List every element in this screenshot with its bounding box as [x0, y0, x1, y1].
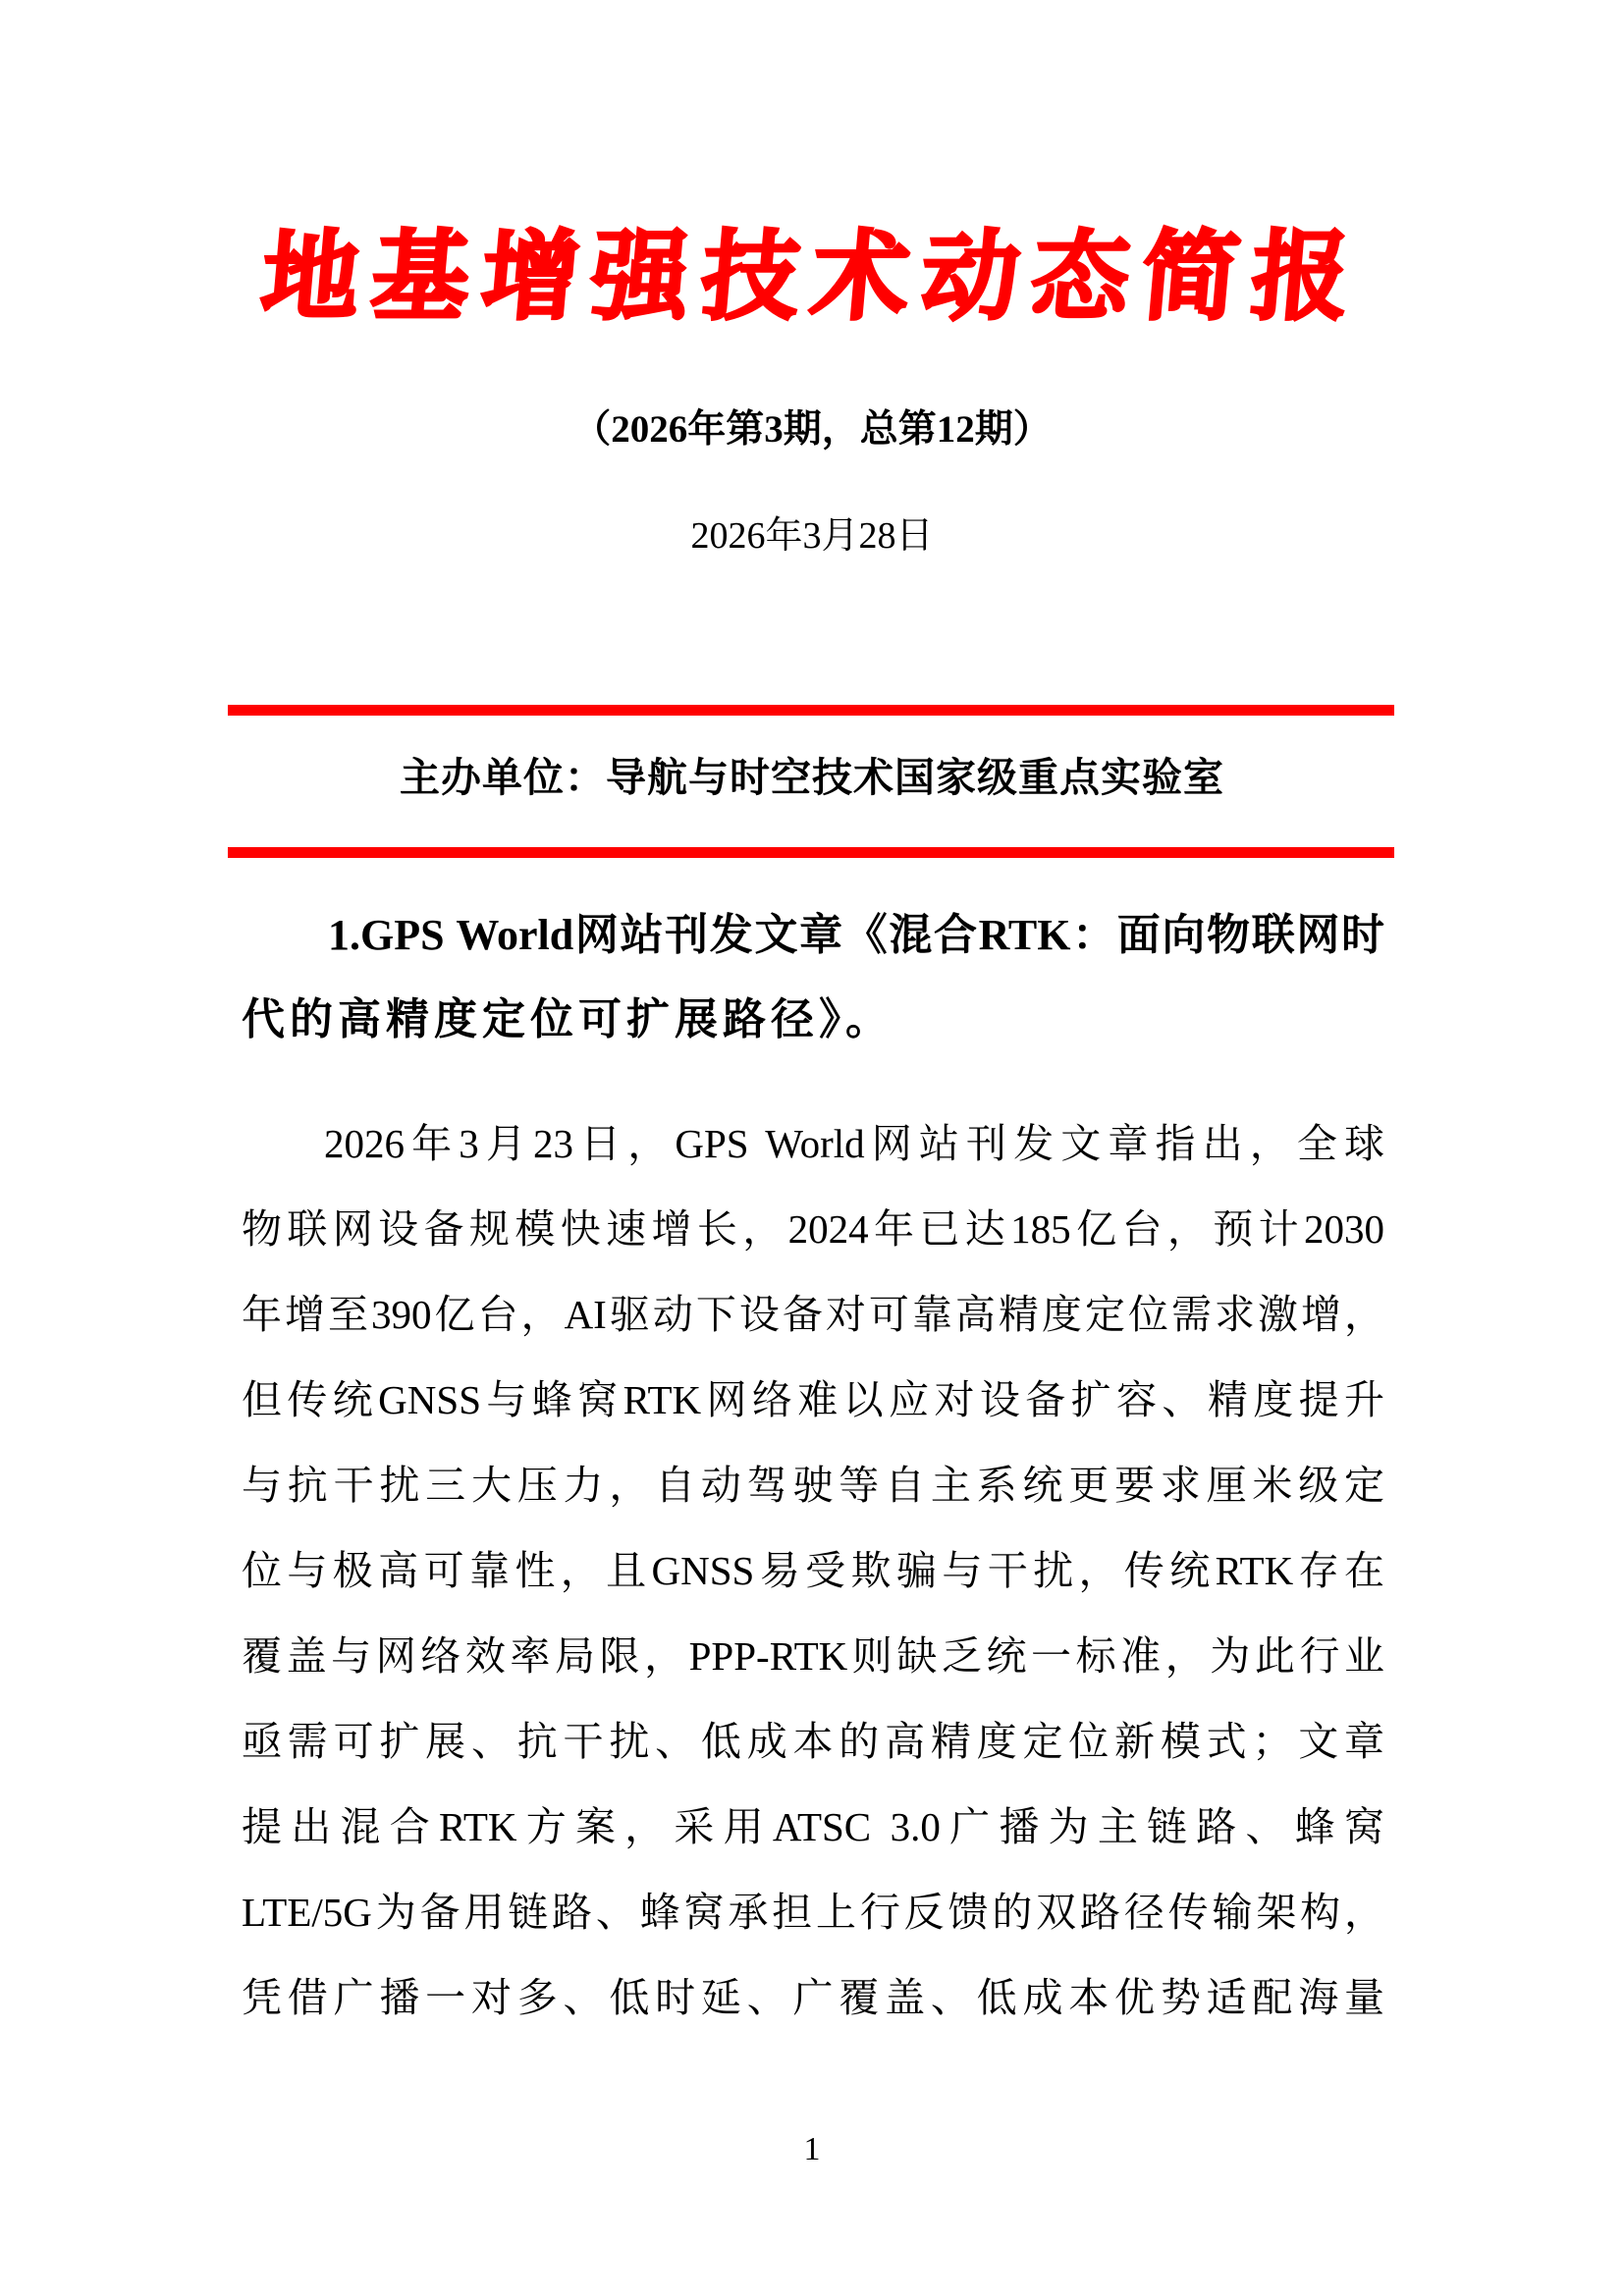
- body-line: 亟需可扩展、抗干扰、低成本的高精度定位新模式；文章: [242, 1699, 1384, 1785]
- body-line: 覆盖与网络效率局限，PPP-RTK则缺乏统一标准，为此行业: [242, 1614, 1384, 1699]
- page-number: 1: [0, 2130, 1624, 2169]
- body-line: 但传统GNSS与蜂窝RTK网络难以应对设备扩容、精度提升: [242, 1358, 1384, 1443]
- red-divider-top: [228, 705, 1394, 716]
- body-line: 2026年3月23日，GPS World网站刊发文章指出，全球: [242, 1101, 1384, 1187]
- body-line: LTE/5G为备用链路、蜂窝承担上行反馈的双路径传输架构，: [242, 1870, 1384, 1955]
- document-title-text: 地基增强技术动态简报: [257, 224, 1366, 330]
- document-page: 地基增强技术动态简报 （2026年第3期，总第12期） 2026年3月28日 主…: [0, 0, 1624, 2296]
- body-line: 位与极高可靠性，且GNSS易受欺骗与干扰，传统RTK存在: [242, 1528, 1384, 1614]
- article-heading-line-1: 1.GPS World网站刊发文章《混合RTK：面向物联网时: [242, 893, 1384, 978]
- organizer-line: 主办单位：导航与时空技术国家级重点实验室: [0, 752, 1624, 803]
- article-heading: 1.GPS World网站刊发文章《混合RTK：面向物联网时 代的高精度定位可扩…: [242, 893, 1384, 1062]
- document-title: 地基增强技术动态简报: [0, 224, 1624, 330]
- body-line: 年增至390亿台，AI驱动下设备对可靠高精度定位需求激增，: [242, 1272, 1384, 1358]
- body-line: 物联网设备规模快速增长，2024年已达185亿台，预计2030: [242, 1187, 1384, 1272]
- article-body: 2026年3月23日，GPS World网站刊发文章指出，全球 物联网设备规模快…: [242, 1101, 1384, 2041]
- issue-info: （2026年第3期，总第12期）: [0, 403, 1624, 456]
- body-line: 与抗干扰三大压力，自动驾驶等自主系统更要求厘米级定: [242, 1443, 1384, 1528]
- body-line: 提出混合RTK方案，采用ATSC 3.0广播为主链路、蜂窝: [242, 1785, 1384, 1870]
- body-line: 凭借广播一对多、低时延、广覆盖、低成本优势适配海量: [242, 1955, 1384, 2041]
- red-divider-bottom: [228, 847, 1394, 858]
- article-heading-line-2: 代的高精度定位可扩展路径》。: [242, 978, 1384, 1062]
- publish-date: 2026年3月28日: [0, 509, 1624, 562]
